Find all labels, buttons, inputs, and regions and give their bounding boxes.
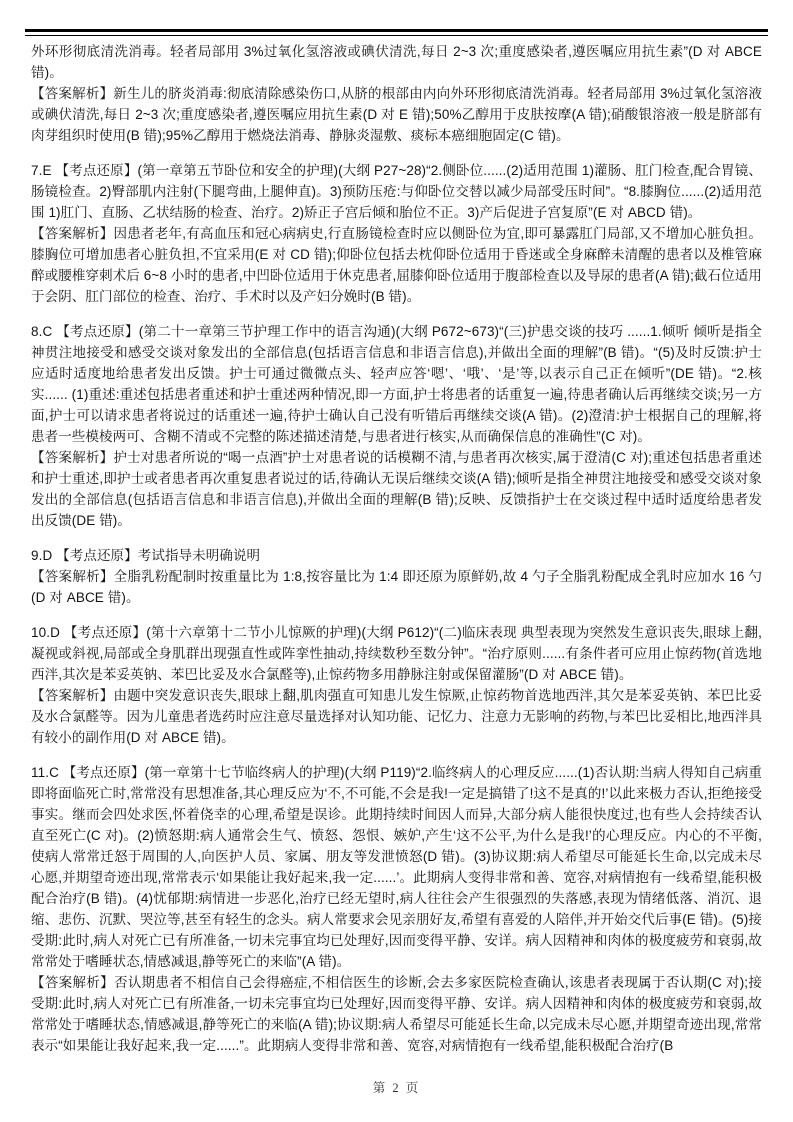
answer-block-item11: 11.C 【考点还原】(第一章第十七节临终病人的护理)(大纲 P119)“2.临… (31, 762, 762, 1056)
paragraph-item6-explanation: 【答案解析】新生儿的脐炎消毒:彻底清除感染伤口,从脐的根部由内向外环形彻底清洗消… (31, 83, 762, 146)
answer-block-item8: 8.C 【考点还原】(第二十一章第三节护理工作中的语言沟通)(大纲 P672~6… (31, 321, 762, 531)
paragraph-item11-keypoint: 11.C 【考点还原】(第一章第十七节临终病人的护理)(大纲 P119)“2.临… (31, 762, 762, 972)
paragraph-item6-keypoint-continuation: 外环形彻底清洗消毒。轻者局部用 3%过氧化氢溶液或碘伏清洗,每日 2~3 次;重… (31, 41, 762, 83)
paragraph-item7-keypoint: 7.E 【考点还原】(第一章第五节卧位和安全的护理)(大纲 P27~28)“2.… (31, 160, 762, 223)
paragraph-item9-explanation: 【答案解析】全脂乳粉配制时按重量比为 1:8,按容量比为 1:4 即还原为原鲜奶… (31, 566, 762, 608)
header-double-rule (25, 29, 768, 36)
document-page: 外环形彻底清洗消毒。轻者局部用 3%过氧化氢溶液或碘伏清洗,每日 2~3 次;重… (0, 0, 793, 1122)
document-body: 外环形彻底清洗消毒。轻者局部用 3%过氧化氢溶液或碘伏清洗,每日 2~3 次;重… (31, 41, 762, 1056)
paragraph-item7-explanation: 【答案解析】因患者老年,有高血压和冠心病病史,行直肠镜检查时应以侧卧位为宜,即可… (31, 223, 762, 307)
paragraph-item11-explanation: 【答案解析】否认期患者不相信自己会得癌症,不相信医生的诊断,会去多家医院检查确认… (31, 972, 762, 1056)
paragraph-item10-keypoint: 10.D 【考点还原】(第十六章第十二节小儿惊厥的护理)(大纲 P612)“(二… (31, 622, 762, 685)
page-number: 第 2 页 (0, 1078, 793, 1096)
paragraph-item8-explanation: 【答案解析】护士对患者所说的“喝一点酒”护士对患者说的话模糊不清,与患者再次核实… (31, 447, 762, 531)
answer-block-item10: 10.D 【考点还原】(第十六章第十二节小儿惊厥的护理)(大纲 P612)“(二… (31, 622, 762, 748)
answer-block-item7: 7.E 【考点还原】(第一章第五节卧位和安全的护理)(大纲 P27~28)“2.… (31, 160, 762, 307)
answer-block-item6-continuation: 外环形彻底清洗消毒。轻者局部用 3%过氧化氢溶液或碘伏清洗,每日 2~3 次;重… (31, 41, 762, 146)
paragraph-item10-explanation: 【答案解析】由题中突发意识丧失,眼球上翻,肌肉强直可知患儿发生惊厥,止惊药物首选… (31, 685, 762, 748)
paragraph-item9-keypoint: 9.D 【考点还原】考试指导未明确说明 (31, 545, 762, 566)
answer-block-item9: 9.D 【考点还原】考试指导未明确说明 【答案解析】全脂乳粉配制时按重量比为 1… (31, 545, 762, 608)
paragraph-item8-keypoint: 8.C 【考点还原】(第二十一章第三节护理工作中的语言沟通)(大纲 P672~6… (31, 321, 762, 447)
